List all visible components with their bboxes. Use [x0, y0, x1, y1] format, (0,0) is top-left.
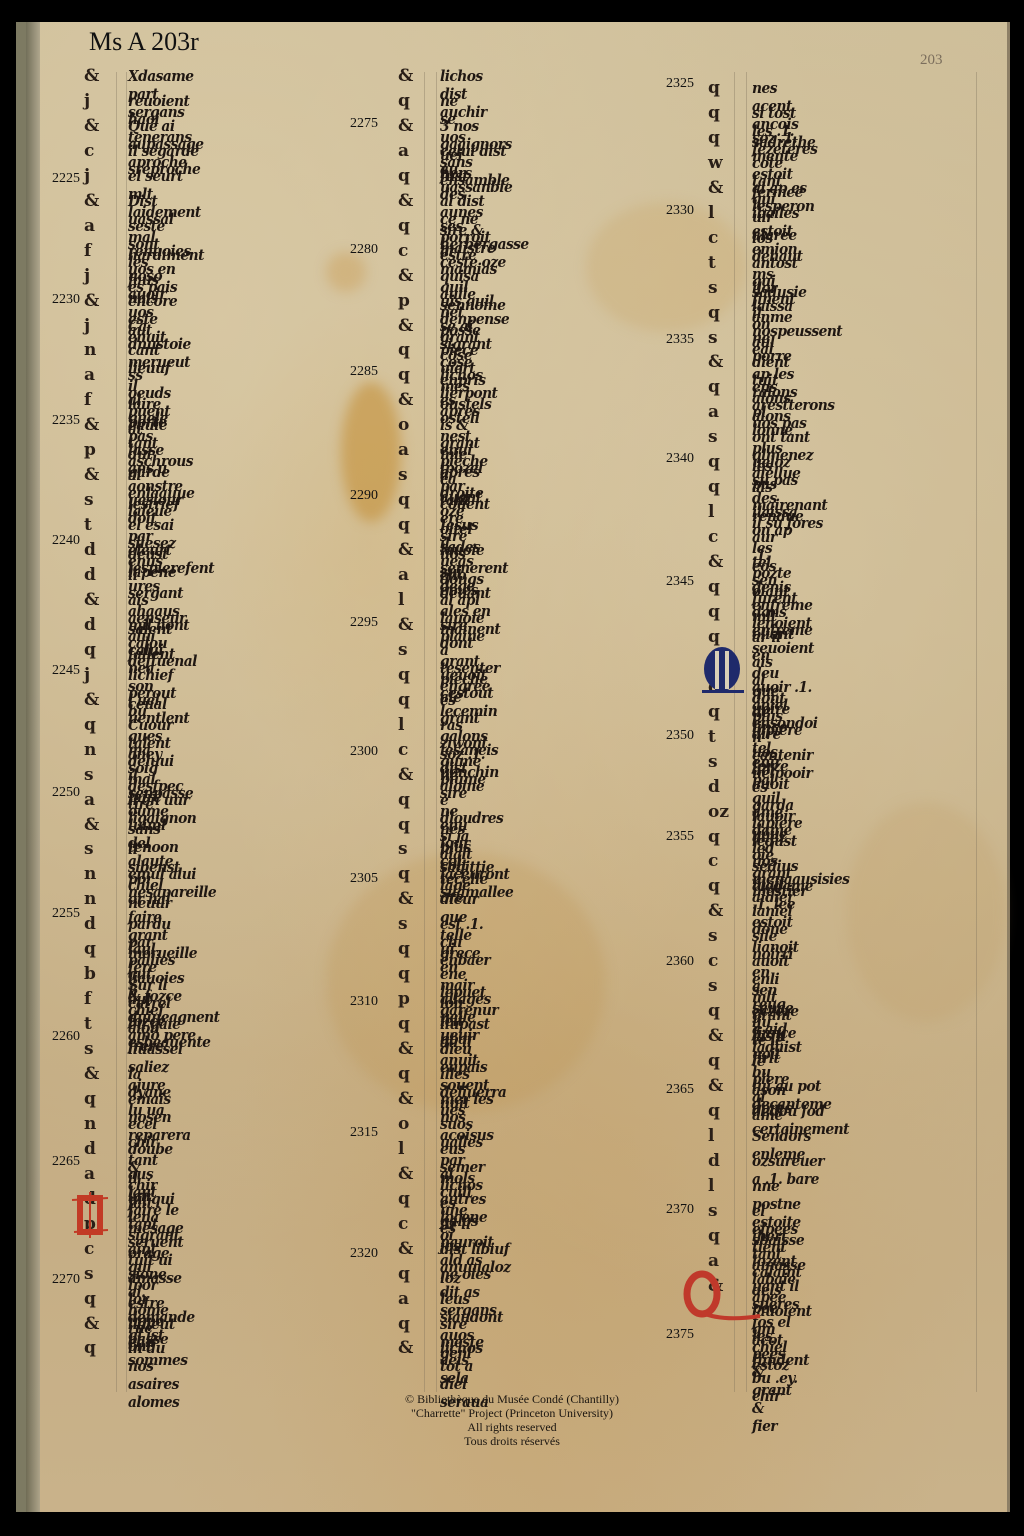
stain: [326, 252, 366, 292]
verse-initial: q: [84, 939, 96, 959]
verse-initial: &: [84, 415, 99, 435]
verse-initial: s: [84, 1039, 94, 1059]
verse-initial: n: [84, 1114, 96, 1134]
verse-initial: &: [708, 1026, 723, 1046]
verse-initial: oz: [708, 802, 729, 822]
verse-initial: o: [398, 1114, 409, 1134]
verse-initial: d: [84, 540, 96, 560]
line-number: 2325: [666, 76, 694, 92]
verse-initial: n: [84, 740, 96, 760]
verse-initial: d: [84, 615, 96, 635]
verse-initial: &: [708, 352, 723, 372]
copyright-footer: © Bibliothèque du Musée Condé (Chantilly…: [0, 1392, 1024, 1448]
verse-initial: &: [398, 615, 413, 635]
verse-initial: c: [84, 1239, 94, 1259]
verse-initial: q: [708, 1226, 720, 1246]
verse-initial: j: [84, 316, 90, 336]
verse-initial: &: [84, 690, 99, 710]
verse-initial: &: [84, 116, 99, 136]
verse-initial: q: [708, 128, 720, 148]
verse-initial: q: [708, 602, 720, 622]
verse-initial: n: [84, 864, 96, 884]
line-number: 2350: [666, 728, 694, 744]
page-spine-shadow: [26, 22, 40, 1512]
verse-initial: d: [708, 1151, 720, 1171]
verse-initial: q: [398, 515, 410, 535]
verse-initial: q: [398, 690, 410, 710]
ruling-line: [976, 72, 977, 1392]
verse-initial: l: [708, 502, 714, 522]
line-number: 2310: [350, 994, 378, 1010]
verse-initial: l: [708, 203, 714, 223]
verse-initial: a: [708, 402, 719, 422]
verse-initial: &: [708, 1076, 723, 1096]
verse-initial: &: [708, 901, 723, 921]
verse-initial: f: [84, 241, 91, 261]
verse-initial: s: [398, 839, 408, 859]
line-number: 2295: [350, 615, 378, 631]
line-number: 2255: [52, 906, 80, 922]
line-number: 2375: [666, 1327, 694, 1343]
verse-initial: c: [708, 228, 718, 248]
verse-initial: d: [84, 565, 96, 585]
verse-initial: q: [398, 790, 410, 810]
verse-initial: q: [398, 864, 410, 884]
verse-initial: &: [398, 116, 413, 136]
ruling-line: [746, 72, 747, 1392]
verse-initial: d: [84, 914, 96, 934]
verse-initial: s: [398, 640, 408, 660]
verse-initial: c: [84, 141, 94, 161]
verse-initial: q: [708, 1001, 720, 1021]
verse-initial: c: [708, 951, 718, 971]
verse-initial: q: [708, 627, 720, 647]
line-number: 2345: [666, 574, 694, 590]
line-number: 2360: [666, 954, 694, 970]
verse-initial: &: [398, 266, 413, 286]
verse-initial: l: [398, 1139, 404, 1159]
verse-initial: t: [708, 253, 716, 273]
verse-initial: q: [708, 702, 720, 722]
copyright-line-3: All rights reserved: [0, 1420, 1024, 1434]
ruling-line: [116, 72, 117, 1392]
verse-initial: &: [398, 1338, 413, 1358]
verse-initial: b: [84, 964, 96, 984]
copyright-line-1: © Bibliothèque du Musée Condé (Chantilly…: [0, 1392, 1024, 1406]
line-number: 2365: [666, 1082, 694, 1098]
verse-initial: &: [398, 390, 413, 410]
verse-initial: &: [84, 291, 99, 311]
verse-initial: j: [84, 91, 90, 111]
line-number: 2280: [350, 242, 378, 258]
verse-initial: o: [398, 415, 409, 435]
verse-initial: s: [708, 278, 718, 298]
verse-initial: p: [84, 440, 96, 460]
decorated-initial-q-red: [682, 1270, 762, 1326]
verse-initial: q: [708, 577, 720, 597]
verse-initial: c: [398, 241, 408, 261]
line-number: 2315: [350, 1125, 378, 1141]
verse-initial: &: [398, 1164, 413, 1184]
line-number: 2275: [350, 116, 378, 132]
verse-initial: t: [84, 1014, 92, 1034]
line-number: 2245: [52, 663, 80, 679]
verse-initial: q: [398, 216, 410, 236]
verse-initial: p: [398, 989, 410, 1009]
verse-initial: p: [398, 291, 410, 311]
line-number: 2270: [52, 1272, 80, 1288]
line-number: 2305: [350, 871, 378, 887]
verse-initial: &: [84, 1314, 99, 1334]
verse-initial: n: [84, 889, 96, 909]
verse-initial: q: [708, 452, 720, 472]
verse-initial: &: [398, 540, 413, 560]
verse-initial: a: [708, 1251, 719, 1271]
verse-initial: a: [84, 216, 95, 236]
verse-initial: c: [398, 1214, 408, 1234]
verse-initial: d: [84, 1139, 96, 1159]
verse-initial: &: [84, 590, 99, 610]
line-number: 2240: [52, 533, 80, 549]
verse-initial: q: [708, 1051, 720, 1071]
line-number: 2340: [666, 451, 694, 467]
verse-initial: q: [398, 939, 410, 959]
verse-initial: t: [84, 515, 92, 535]
line-number: 2265: [52, 1154, 80, 1170]
verse-initial: a: [84, 365, 95, 385]
verse-initial: l: [708, 1126, 714, 1146]
verse-initial: c: [708, 527, 718, 547]
decorated-initial-a-red: [68, 1190, 112, 1240]
ruling-line: [734, 72, 735, 1392]
verse-initial: q: [708, 827, 720, 847]
verse-initial: q: [398, 1064, 410, 1084]
verse-initial: q: [708, 78, 720, 98]
verse-initial: q: [398, 340, 410, 360]
ruling-line: [424, 72, 425, 1392]
verse-initial: &: [398, 765, 413, 785]
verse-initial: s: [708, 328, 718, 348]
verse-initial: &: [398, 316, 413, 336]
verse-initial: l: [398, 590, 404, 610]
verse-initial: f: [84, 989, 91, 1009]
verse-initial: a: [84, 790, 95, 810]
verse-initial: n: [84, 340, 96, 360]
verse-initial: q: [398, 1189, 410, 1209]
stain: [846, 802, 1006, 1022]
line-number: 2230: [52, 292, 80, 308]
verse-initial: j: [84, 266, 90, 286]
verse-initial: s: [84, 839, 94, 859]
copyright-line-4: Tous droits réservés: [0, 1434, 1024, 1448]
verse-initial: d: [708, 777, 720, 797]
verse-initial: j: [84, 665, 90, 685]
verse-initial: s: [708, 976, 718, 996]
verse-initial: &: [398, 1039, 413, 1059]
line-number: 2330: [666, 203, 694, 219]
verse-initial: a: [84, 1164, 95, 1184]
line-number: 2225: [52, 171, 80, 187]
ruling-line: [436, 72, 437, 1392]
ruling-line: [126, 72, 127, 1392]
verse-initial: &: [398, 1089, 413, 1109]
verse-initial: &: [398, 889, 413, 909]
verse-initial: q: [398, 665, 410, 685]
verse-initial: q: [398, 1264, 410, 1284]
line-number: 2335: [666, 332, 694, 348]
verse-initial: q: [398, 490, 410, 510]
line-number: 2285: [350, 364, 378, 380]
line-number: 2260: [52, 1029, 80, 1045]
verse-initial: &: [84, 1064, 99, 1084]
verse-initial: &: [84, 191, 99, 211]
verse-initial: &: [398, 191, 413, 211]
verse-initial: &: [708, 552, 723, 572]
verse-initial: l: [398, 715, 404, 735]
verse-initial: t: [708, 727, 716, 747]
stain: [586, 202, 746, 332]
line-number: 2250: [52, 785, 80, 801]
verse-initial: q: [708, 103, 720, 123]
verse-initial: a: [398, 141, 409, 161]
verse-initial: w: [708, 153, 723, 173]
verse-initial: j: [84, 166, 90, 186]
verse-initial: q: [708, 303, 720, 323]
verse-initial: q: [398, 1314, 410, 1334]
verse-initial: q: [398, 964, 410, 984]
verse-initial: s: [84, 490, 94, 510]
verse-initial: &: [708, 178, 723, 198]
verse-initial: s: [84, 765, 94, 785]
verse-initial: l: [708, 1176, 714, 1196]
line-number: 2300: [350, 744, 378, 760]
line-number: 2355: [666, 829, 694, 845]
manuscript-title: Ms A 203r: [89, 27, 199, 57]
folio-number: 203: [920, 52, 943, 69]
verse-initial: q: [708, 1101, 720, 1121]
verse-initial: s: [708, 1201, 718, 1221]
verse-initial: q: [398, 1014, 410, 1034]
copyright-line-2: "Charrette" Project (Princeton Universit…: [0, 1406, 1024, 1420]
verse-initial: a: [398, 1289, 409, 1309]
line-number: 2370: [666, 1202, 694, 1218]
verse-initial: a: [398, 565, 409, 585]
verse-initial: s: [708, 926, 718, 946]
verse-initial: s: [398, 465, 408, 485]
verse-initial: c: [398, 740, 408, 760]
verse-initial: s: [398, 914, 408, 934]
verse-initial: q: [398, 166, 410, 186]
verse-initial: &: [398, 66, 413, 86]
line-number: 2320: [350, 1246, 378, 1262]
verse-initial: a: [398, 440, 409, 460]
verse-initial: q: [708, 377, 720, 397]
verse-initial: q: [398, 815, 410, 835]
verse-initial: q: [84, 640, 96, 660]
verse-initial: q: [84, 1089, 96, 1109]
verse-initial: &: [84, 465, 99, 485]
verse-initial: f: [84, 390, 91, 410]
verse-initial: q: [708, 876, 720, 896]
verse-initial: &: [84, 66, 99, 86]
verse-initial: q: [708, 477, 720, 497]
verse-initial: c: [708, 851, 718, 871]
verse-initial: &: [398, 1239, 413, 1259]
verse-initial: s: [708, 752, 718, 772]
verse-initial: s: [708, 427, 718, 447]
verse-initial: &: [84, 815, 99, 835]
verse-initial: q: [84, 1338, 96, 1358]
line-number: 2235: [52, 413, 80, 429]
decorated-initial-m-blue: [700, 645, 746, 695]
verse-initial: q: [398, 365, 410, 385]
line-number: 2290: [350, 488, 378, 504]
verse-initial: q: [398, 91, 410, 111]
verse-initial: s: [84, 1264, 94, 1284]
verse-initial: q: [84, 715, 96, 735]
verse-initial: q: [84, 1289, 96, 1309]
